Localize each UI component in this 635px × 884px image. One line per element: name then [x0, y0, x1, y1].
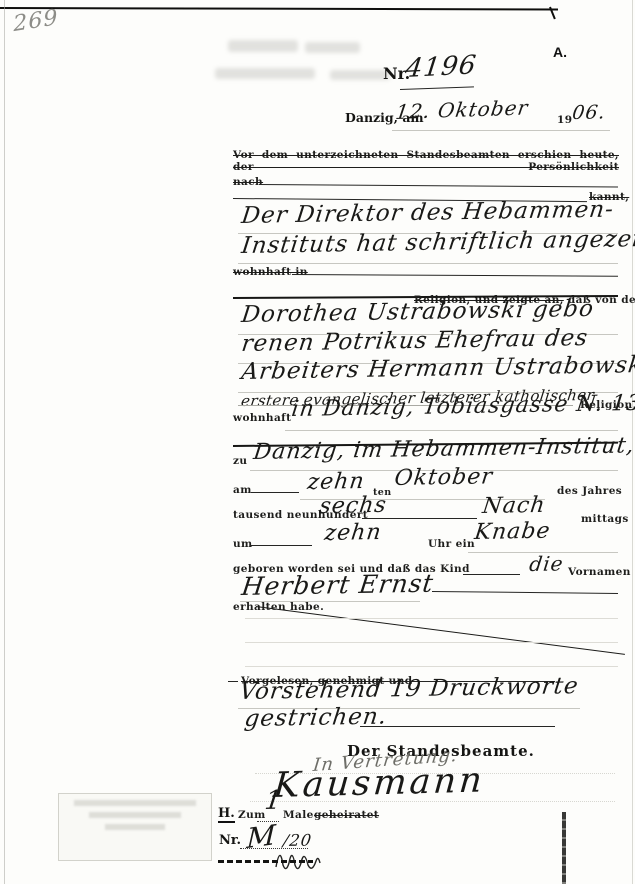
stamp-illegible-line [74, 800, 196, 806]
baseline [238, 263, 618, 264]
printed-wohnhaft: wohnhaft [233, 412, 291, 424]
margin-h-label: H. [218, 806, 235, 823]
meridiem-hw: Nach [481, 493, 547, 519]
intro-struck-nach: nach [233, 176, 263, 188]
year-handwritten: 06. [571, 101, 607, 124]
printed-um: um [233, 538, 253, 550]
gestrichen-trailing-rule [360, 726, 555, 727]
printed-vornamen: Vornamen [568, 566, 631, 578]
stamp-illegible-line [89, 812, 181, 818]
informant-hw-line1: Der Direktor des Hebammen- [240, 197, 616, 229]
mother-hw-address: in Danzig, Tobiasgasse N. 13, [290, 391, 635, 422]
document-scan: 269 A. Nr. 4196 Danzig, am 12. Oktober 1… [0, 0, 635, 884]
printed-zu: zu [233, 455, 247, 467]
struck-wohnhaft-in: wohnhaft in [233, 266, 308, 278]
registrar-signature: Kausmann [272, 760, 486, 806]
ghost-smudge [330, 70, 390, 80]
date-underline [392, 130, 610, 131]
birth-year-hw: sechs [318, 493, 388, 519]
record-number-value: 4196 [404, 50, 478, 84]
blank-line [245, 666, 618, 667]
names-trailing-rule [432, 591, 618, 594]
baseline [285, 430, 618, 431]
birth-month-hw: Oktober [393, 464, 494, 491]
margin-count-hw: 1 [263, 786, 284, 816]
intro-struck-line: Vor dem unterzeichneten Standesbeamten e… [233, 149, 619, 173]
ghost-smudge [228, 40, 298, 52]
blank-strike [251, 492, 299, 493]
record-number-underline [400, 86, 474, 90]
form-letter-label: A. [553, 44, 567, 60]
blank-line [245, 642, 618, 643]
ghost-smudge [305, 42, 360, 53]
birth-place-hw: Danzig, im Hebammen-Institut, [252, 433, 635, 465]
pencil-page-number: 269 [13, 5, 60, 37]
date-handwritten: 12. Oktober [394, 95, 530, 124]
mother-hw-line1: Dorothea Ustrabowski gebo [240, 296, 596, 328]
blank-strike [362, 518, 477, 519]
blank-strike [463, 574, 520, 575]
given-names-hw: Herbert Ernst [240, 569, 435, 601]
ghost-smudge [215, 68, 315, 79]
printed-am: am [233, 484, 252, 496]
printed-uhr-ein: Uhr ein [428, 538, 475, 550]
signature-flourish [274, 843, 322, 873]
margin-nr-label: Nr. [219, 833, 241, 848]
blank-line [245, 618, 618, 619]
diagonal-strike [256, 606, 625, 655]
printed-mittags: mittags [581, 513, 629, 525]
century-printed: 19 [557, 114, 572, 126]
blank-strike [250, 545, 312, 546]
margin-male-label: Male [283, 809, 314, 821]
informant-hw-line2: Instituts hat schriftlich angezeigt, [240, 225, 635, 259]
faint-stamp [58, 793, 212, 861]
birth-day-hw: zehn [306, 469, 366, 495]
hw-die: die [528, 551, 565, 576]
margin-zum-label: Zum [238, 809, 266, 821]
mother-hw-line2: renen Potrikus Ehefrau des [240, 325, 590, 357]
scan-top-border [0, 7, 558, 10]
mother-hw-line3: Arbeiters Hermann Ustrabowski, [240, 352, 635, 385]
scan-bottom-right-bar [562, 812, 566, 884]
scan-left-edge [4, 0, 5, 884]
correction-note-line1: Vorstehend 19 Druckworte [238, 673, 580, 705]
wohnhaft-strike-rule [292, 274, 618, 277]
intro-strike-rule-1 [259, 184, 618, 188]
margin-mark-m: M [246, 818, 277, 855]
margin-thick-dashed-rule [218, 860, 313, 863]
printed-des-jahres: des Jahres [557, 485, 622, 497]
birth-hour-hw: zehn [323, 520, 383, 546]
vorgelesen-lead-dash [228, 681, 238, 682]
stamp-illegible-line [105, 824, 165, 830]
correction-note-line2: gestrichen. [243, 704, 389, 732]
child-sex-hw: Knabe [473, 519, 552, 545]
signature-line [250, 801, 615, 802]
printed-erhalten-habe: erhalten habe. [233, 601, 324, 613]
margin-struck-geheiratet: geheiratet [314, 809, 379, 821]
